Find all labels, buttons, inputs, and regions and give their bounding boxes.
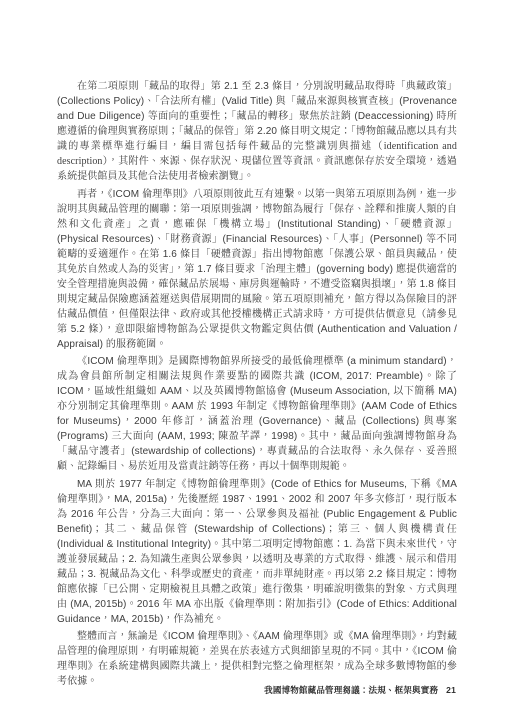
paragraph-icom-minimum-standard: 《ICOM 倫理準則》是國際博物館界所接受的最低倫理標準 (a minimum … <box>57 354 457 474</box>
paragraph-summary: 整體而言，無論是《ICOM 倫理準則》、《AAM 倫理準則》或《MA 倫理準則》… <box>57 629 457 689</box>
paragraph-text: 再者，《ICOM 倫理準則》八項原則彼此互有連繫。以第一與第五項原則為例，進一步… <box>57 189 457 350</box>
paragraph-text: MA 則於 1977 年制定《博物館倫理準則》(Code of Ethics f… <box>57 479 457 625</box>
paragraph-text: 。 <box>244 171 254 182</box>
running-footer: 我國博物館藏品管理芻議：法規、框架與實務21 <box>264 684 456 696</box>
paragraph-collections-acquisition: 在第二項原則「藏品的取得」第 2.1 至 2.3 條目，分別說明藏品取得時「典藏… <box>57 79 457 184</box>
footer-page-number: 21 <box>446 685 456 695</box>
paragraph-text: 《ICOM 倫理準則》是國際博物館界所接受的最低倫理標準 (a minimum … <box>57 356 457 472</box>
paragraph-ma-code-of-ethics: MA 則於 1977 年制定《博物館倫理準則》(Code of Ethics f… <box>57 477 457 627</box>
footer-running-title: 我國博物館藏品管理芻議：法規、框架與實務 <box>264 685 438 695</box>
page-body-text: 在第二項原則「藏品的取得」第 2.1 至 2.3 條目，分別說明藏品取得時「典藏… <box>57 79 457 692</box>
paragraph-icom-principles-links: 再者，《ICOM 倫理準則》八項原則彼此互有連繫。以第一與第五項原則為例，進一步… <box>57 187 457 352</box>
paragraph-text: 整體而言，無論是《ICOM 倫理準則》、《AAM 倫理準則》或《MA 倫理準則》… <box>57 631 457 687</box>
document-page: 在第二項原則「藏品的取得」第 2.1 至 2.3 條目，分別說明藏品取得時「典藏… <box>0 0 512 724</box>
